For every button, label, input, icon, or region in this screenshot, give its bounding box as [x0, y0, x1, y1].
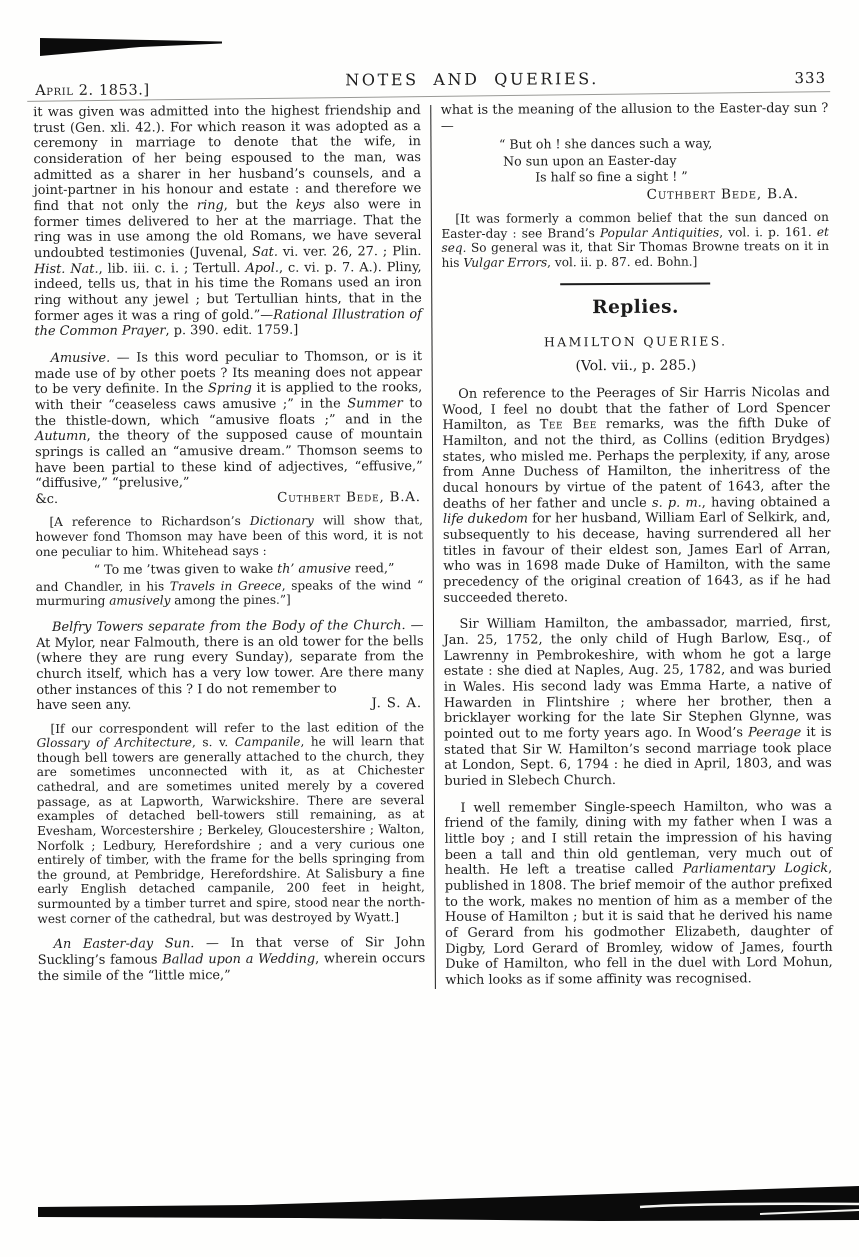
signature: J. S. A. — [371, 696, 423, 713]
text-run: what is the meaning of the allusion to t… — [441, 101, 829, 134]
query-amusive: Amusive. — Is this word peculiar to Thom… — [35, 349, 423, 492]
signature-cuthbert-bede: Cuthbert Bede, B.A. — [441, 186, 829, 205]
paragraph-tail: &c. — [35, 492, 58, 508]
reply-hamilton-para-1: On reference to the Peerages of Sir Harr… — [442, 385, 831, 606]
text-run: , published in 1808. The brief memoir of… — [445, 861, 833, 988]
text-run: , the theory of the supposed cause of mo… — [35, 427, 423, 491]
text-run: Popular Antiquities — [600, 225, 719, 240]
text-run: Sat. — [252, 245, 278, 260]
text-run: , s. v. — [192, 735, 235, 749]
text-run: Amusive. — [51, 351, 111, 366]
text-run: life dukedom — [443, 512, 528, 527]
scanned-page: April 2. 1853.] NOTES AND QUERIES. 333 i… — [0, 0, 859, 1257]
text-run: Glossary of Architecture — [37, 735, 192, 750]
left-column: it was given was admitted into the highe… — [33, 103, 425, 991]
text-run: Sir William Hamilton, the ambassador, ma… — [444, 615, 832, 742]
text-run: among the pines.”] — [170, 593, 290, 608]
text-run: Apol. — [245, 261, 279, 276]
text-run: Travels in Greece — [170, 578, 282, 593]
text-run: HAMILTON QUERIES. — [544, 333, 728, 349]
quote-whitehead: “ To me ’twas given to wake th’ amusive … — [36, 560, 424, 578]
text-run: ring — [197, 198, 224, 213]
text-run: Hist. Nat. — [34, 261, 99, 276]
text-run: Ballad upon a Wedding — [162, 952, 315, 968]
text-run: Autumn — [35, 429, 87, 444]
sigline-belfry: have seen any.J. S. A. — [36, 696, 424, 714]
verse-suckling: “ But oh ! she dances such a way, No sun… — [441, 135, 829, 186]
hamilton-queries-heading: HAMILTON QUERIES. — [442, 333, 830, 350]
text-run: , vol. i. p. 161. — [719, 225, 817, 240]
text-run: Vulgar Errors — [463, 255, 547, 269]
replies-heading: Replies. — [442, 296, 830, 320]
page-header: April 2. 1853.] NOTES AND QUERIES. 333 — [0, 68, 856, 91]
text-run: Parliamentary Logick — [683, 861, 828, 877]
reply-hamilton-para-3: I well remember Single-speech Hamilton, … — [444, 799, 832, 989]
query-easter-day-sun-continuation: what is the meaning of the allusion to t… — [441, 101, 829, 134]
text-run: , vol. ii. p. 87. ed. Bohn.] — [547, 254, 697, 269]
text-run: keys — [296, 198, 325, 213]
text-run: Campanile — [235, 735, 301, 749]
text-run: Tee Bee — [540, 417, 597, 432]
text-run: [A reference to Richardson’s — [49, 514, 249, 529]
text-run: Dictionary — [250, 514, 314, 528]
text-run: (Vol. vii., p. 285.) — [575, 358, 696, 375]
text-run: “ To me ’twas given to wake — [94, 561, 278, 577]
text-run: th’ amusive — [277, 561, 351, 576]
text-run: , lib. iii. c. i. ; Tertull. — [99, 261, 246, 277]
text-run: &c. — [35, 492, 58, 507]
text-run: Summer — [347, 396, 402, 411]
editorial-note-easter-sun: [It was formerly a common belief that th… — [441, 210, 829, 271]
text-run: , he will learn that though bell towers … — [37, 734, 425, 926]
two-column-layout: it was given was admitted into the highe… — [0, 95, 859, 991]
text-run: Spring — [208, 381, 252, 396]
page-number: 333 — [794, 69, 826, 87]
text-run: s. p. m. — [652, 495, 702, 510]
text-run: have seen any. — [36, 698, 131, 713]
right-column: what is the meaning of the allusion to t… — [441, 101, 833, 989]
query-belfry-towers: Belfry Towers separate from the Body of … — [36, 618, 424, 698]
publication-title: NOTES AND QUERIES. — [345, 69, 599, 89]
editorial-note-amusive: [A reference to Richardson’s Dictionary … — [35, 513, 423, 559]
text-run: [If our correspondent will refer to the … — [50, 720, 424, 736]
editorial-note-belfry: [If our correspondent will refer to the … — [36, 720, 425, 927]
text-run: , p. 390. edit. 1759.] — [165, 323, 298, 339]
sigline-amusive: &c.Cuthbert Bede, B.A. — [35, 490, 423, 508]
reply-hamilton-para-2: Sir William Hamilton, the ambassador, ma… — [443, 615, 831, 789]
text-run: Peerage — [748, 725, 801, 740]
replies-section-rule — [560, 283, 710, 286]
signature: Cuthbert Bede, B.A. — [277, 490, 423, 507]
text-run: Replies. — [592, 297, 679, 318]
text-run: vi. ver. 26, 27. ; Plin. — [278, 244, 422, 260]
text-run: Belfry Towers separate from the Body of … — [52, 618, 406, 635]
query-easter-day-sun: An Easter-day Sun. — In that verse of Si… — [38, 935, 426, 984]
editorial-note-amusive-cont: and Chandler, in his Travels in Greece, … — [36, 578, 424, 609]
paragraph-tail: have seen any. — [36, 698, 131, 715]
text-run: and Chandler, in his — [36, 579, 170, 594]
text-run: amusively — [109, 594, 170, 608]
text-run: , having obtained a — [702, 495, 831, 511]
text-run: Cuthbert Bede, B.A. — [647, 186, 799, 203]
issue-date: April 2. 1853.] — [35, 82, 150, 99]
column-divider-rule — [430, 105, 436, 989]
volume-reference: (Vol. vii., p. 285.) — [442, 357, 830, 376]
editorial-note-ring-continuation: it was given was admitted into the highe… — [33, 103, 422, 340]
text-run: reed,” — [351, 560, 395, 575]
text-run: An Easter-day Sun. — [54, 937, 195, 953]
text-run: , but the — [224, 198, 296, 213]
text-run: “ But oh ! she dances such a way, No sun… — [499, 136, 712, 185]
